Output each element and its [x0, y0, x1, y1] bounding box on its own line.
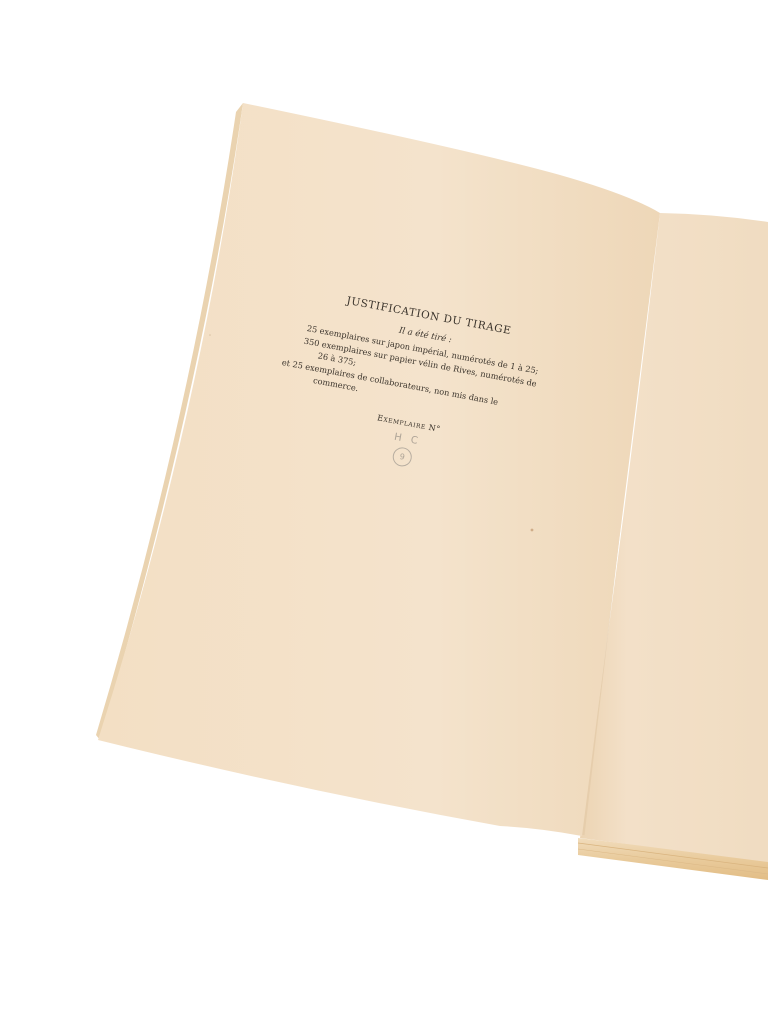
circled-number: 9	[391, 445, 413, 467]
left-page	[96, 103, 660, 836]
photo-scene: JUSTIFICATION DU TIRAGE Il a été tiré : …	[0, 0, 768, 1024]
open-book	[0, 0, 768, 1024]
handwritten-initials: H C	[393, 431, 421, 447]
handwritten-annotation: H C 9	[380, 430, 427, 477]
